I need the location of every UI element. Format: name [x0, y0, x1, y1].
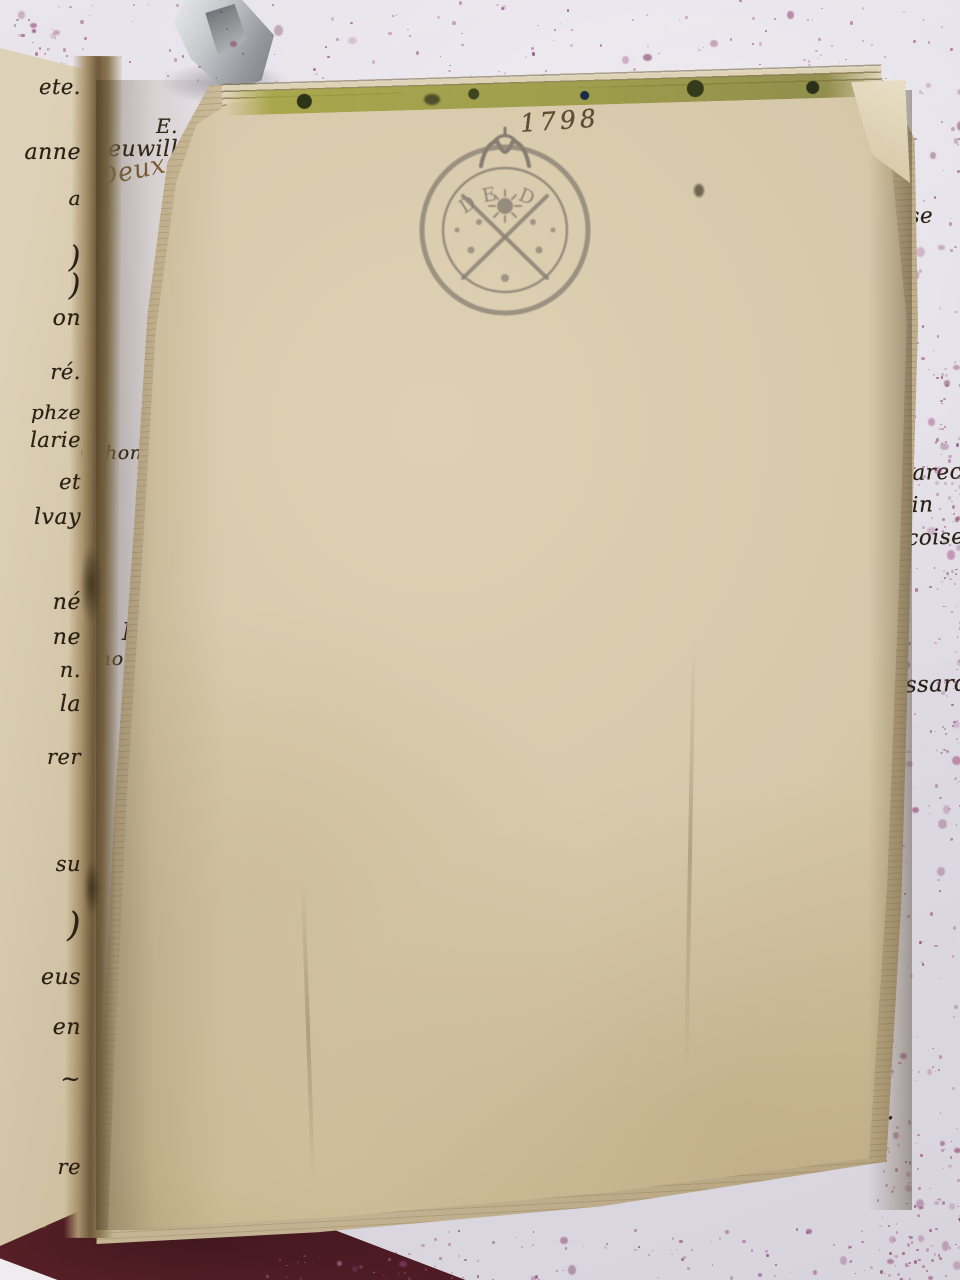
ink-blot	[694, 184, 704, 197]
speckle	[560, 1237, 567, 1244]
speckle	[807, 19, 808, 21]
speckle	[905, 1161, 907, 1163]
speckle	[950, 838, 953, 841]
speckle	[941, 26, 943, 28]
speckle	[954, 779, 956, 780]
speckle	[929, 1188, 930, 1190]
speckle	[953, 721, 960, 728]
speckle	[820, 54, 822, 56]
speckle	[942, 1149, 944, 1151]
speckle	[28, 19, 30, 21]
speckle	[646, 14, 648, 17]
speckle	[501, 7, 504, 10]
speckle	[730, 1276, 733, 1280]
speckle	[938, 1069, 939, 1071]
speckle	[92, 5, 93, 6]
speckle	[861, 1230, 863, 1232]
speckle	[50, 33, 56, 39]
speckle	[923, 200, 925, 202]
speckle	[947, 550, 955, 560]
speckle	[767, 1255, 769, 1257]
speckle	[902, 1252, 905, 1255]
speckle	[703, 47, 704, 48]
speckle	[685, 16, 688, 19]
speckle	[907, 915, 910, 918]
speckle	[951, 1141, 953, 1142]
speckle	[912, 1070, 913, 1071]
speckle	[920, 1154, 923, 1157]
speckle	[908, 1265, 910, 1268]
speckle	[910, 974, 913, 977]
speckle	[938, 819, 947, 829]
speckle	[956, 606, 957, 607]
speckle	[679, 1240, 682, 1243]
speckle	[461, 44, 463, 46]
speckle	[950, 218, 951, 219]
speckle	[600, 44, 603, 47]
speckle	[946, 572, 949, 575]
speckle	[941, 428, 944, 430]
speckle	[521, 1246, 523, 1248]
speckle	[758, 1273, 761, 1277]
speckle	[884, 56, 886, 58]
speckle	[906, 1203, 908, 1205]
speckle	[462, 1277, 463, 1278]
speckle	[883, 1170, 886, 1173]
left-page-fragment: ré.	[50, 360, 81, 384]
speckle	[918, 1259, 921, 1261]
speckle	[950, 1156, 952, 1159]
speckle	[545, 70, 548, 72]
speckle	[934, 642, 936, 645]
speckle	[897, 1273, 900, 1277]
speckle	[949, 223, 951, 225]
speckle	[952, 505, 955, 509]
left-page-fragment: su	[56, 852, 81, 876]
speckle	[634, 1229, 637, 1232]
metal-weight-face	[205, 4, 247, 55]
left-page-fragment: n.	[60, 658, 81, 682]
speckle	[942, 1201, 945, 1205]
speckle	[848, 1245, 849, 1246]
speckle	[907, 967, 909, 968]
speckle	[565, 1247, 568, 1250]
speckle	[957, 297, 958, 298]
speckle	[532, 1244, 534, 1246]
speckle	[955, 569, 957, 571]
speckle	[672, 1237, 675, 1240]
speckle	[952, 521, 953, 523]
speckle	[775, 1264, 777, 1266]
speckle	[725, 1230, 729, 1234]
speckle	[18, 34, 21, 36]
speckle	[926, 83, 931, 89]
speckle	[932, 1066, 934, 1069]
speckle	[928, 369, 930, 371]
speckle	[938, 638, 941, 640]
speckle	[752, 17, 755, 20]
speckle	[862, 40, 864, 42]
speckle	[182, 55, 184, 57]
left-page-fragment: et	[59, 470, 81, 494]
speckle	[928, 1276, 933, 1280]
left-page-fragment: anne	[25, 140, 81, 165]
speckle	[439, 1257, 442, 1261]
speckle	[751, 1249, 753, 1252]
speckle	[942, 726, 944, 728]
speckle	[937, 879, 940, 881]
left-page-text-fragments: ete.annea))onré.phzelarieetlvaynénen.lar…	[0, 48, 86, 1246]
speckle	[887, 1259, 893, 1264]
speckle	[562, 1270, 565, 1272]
speckle	[947, 575, 949, 577]
speckle	[871, 44, 873, 46]
speckle	[421, 1244, 424, 1247]
speckle	[941, 1149, 944, 1152]
speckle	[953, 1207, 954, 1209]
speckle	[895, 1168, 898, 1172]
speckle	[931, 1259, 934, 1262]
speckle	[606, 1243, 608, 1245]
speckle	[833, 1244, 835, 1246]
speckle	[916, 1249, 918, 1251]
speckle	[941, 581, 943, 583]
speckle	[914, 1080, 915, 1081]
speckle	[652, 1250, 653, 1251]
left-page-fragment: larie	[30, 428, 81, 452]
speckle	[929, 1229, 932, 1232]
speckle	[955, 1147, 956, 1148]
speckle	[953, 1016, 954, 1017]
left-page-fragment: rer	[47, 745, 81, 769]
speckle	[919, 269, 922, 273]
speckle	[930, 912, 933, 915]
speckle	[884, 1273, 886, 1274]
speckle	[452, 21, 455, 25]
speckle	[478, 6, 479, 7]
speckle	[719, 1237, 721, 1240]
speckle	[941, 121, 943, 123]
speckle	[683, 1256, 686, 1259]
speckle	[464, 1259, 467, 1261]
speckle	[553, 40, 554, 42]
speckle	[742, 1240, 745, 1244]
speckle	[944, 728, 946, 729]
speckle	[934, 567, 935, 568]
speckle	[943, 805, 950, 814]
speckle	[691, 1249, 693, 1251]
speckle	[535, 1275, 538, 1279]
speckle	[891, 1190, 894, 1194]
ink-blot	[424, 94, 440, 105]
left-page-fragment: re	[58, 1155, 81, 1179]
speckle	[806, 1232, 808, 1234]
speckle	[919, 90, 922, 94]
speckle	[604, 1246, 607, 1249]
left-page-fragment: la	[60, 692, 81, 717]
speckle	[935, 1071, 936, 1073]
speckle	[930, 1245, 933, 1248]
speckle	[893, 1239, 895, 1241]
speckle	[958, 138, 959, 140]
speckle	[327, 56, 330, 58]
speckle	[176, 4, 178, 6]
left-page-fragment: eus	[41, 965, 81, 990]
speckle	[942, 1241, 950, 1251]
speckle	[937, 335, 939, 337]
speckle	[913, 788, 915, 790]
speckle	[16, 19, 19, 22]
speckle	[839, 62, 840, 63]
speckle	[934, 945, 937, 948]
speckle	[943, 398, 946, 400]
speckle	[954, 1148, 960, 1154]
speckle	[950, 48, 953, 51]
speckle	[956, 720, 958, 722]
speckle	[879, 1225, 882, 1228]
speckle	[133, 4, 135, 5]
speckle	[632, 19, 634, 21]
speckle	[813, 1270, 818, 1275]
speckle	[350, 22, 353, 24]
speckle	[849, 1246, 851, 1248]
speckle	[52, 29, 53, 30]
speckle	[950, 413, 951, 414]
left-page-fragment: a	[69, 186, 81, 210]
speckle	[567, 9, 569, 12]
speckle	[908, 1120, 911, 1124]
speckle	[932, 1048, 933, 1049]
speckle	[949, 1246, 952, 1249]
speckle	[917, 1134, 920, 1137]
speckle	[880, 1270, 883, 1273]
speckle	[908, 1182, 910, 1185]
speckle	[458, 1255, 460, 1257]
speckle	[796, 1228, 798, 1231]
speckle	[739, 0, 742, 2]
speckle	[831, 45, 832, 47]
speckle	[945, 441, 947, 443]
speckle	[710, 40, 719, 48]
speckle	[647, 45, 649, 48]
speckle	[533, 1231, 534, 1233]
speckle	[918, 1071, 920, 1074]
speckle	[944, 368, 947, 370]
speckle	[939, 508, 940, 510]
speckle	[643, 54, 652, 61]
speckle	[808, 60, 810, 63]
speckle	[893, 1186, 895, 1189]
speckle	[952, 725, 954, 728]
speckle	[929, 586, 932, 588]
speckle	[730, 38, 732, 40]
speckle	[904, 893, 906, 895]
speckle	[917, 1168, 919, 1170]
margin-note: E.	[156, 114, 178, 138]
speckle	[955, 1244, 956, 1245]
speckle	[953, 926, 956, 930]
speckle	[944, 577, 946, 579]
speckle	[957, 143, 960, 146]
speckle	[939, 1198, 941, 1201]
speckle	[882, 1217, 883, 1218]
speckle	[889, 1252, 892, 1256]
speckle	[916, 247, 925, 257]
speckle	[940, 978, 941, 979]
speckle	[954, 246, 957, 248]
speckle	[554, 29, 556, 31]
left-page-fragment: phze	[31, 400, 81, 424]
speckle	[440, 56, 441, 57]
speckle	[941, 454, 942, 455]
speckle	[938, 245, 944, 250]
speckle	[920, 1207, 923, 1210]
speckle	[926, 1248, 929, 1252]
speckle	[893, 1255, 895, 1257]
speckle	[943, 1168, 944, 1169]
speckle	[941, 373, 944, 375]
speckle	[818, 38, 820, 41]
speckle	[951, 704, 953, 706]
speckle	[864, 1270, 866, 1271]
speckle	[909, 1262, 911, 1263]
speckle	[396, 14, 398, 16]
speckle	[666, 27, 667, 28]
speckle	[949, 1203, 955, 1210]
speckle	[849, 1252, 851, 1253]
speckle	[84, 37, 87, 40]
speckle	[941, 376, 943, 379]
speckle	[676, 1249, 677, 1250]
speckle	[922, 93, 923, 94]
speckle	[927, 1069, 932, 1076]
speckle	[955, 517, 960, 521]
speckle	[950, 249, 953, 252]
speckle	[943, 606, 944, 607]
speckle	[928, 418, 935, 426]
speckle	[129, 61, 130, 63]
speckle	[132, 21, 133, 22]
speckle	[926, 1270, 928, 1272]
speckle	[448, 1243, 451, 1246]
speckle	[849, 1261, 851, 1263]
speckle	[18, 11, 25, 19]
speckle	[958, 1218, 960, 1221]
speckle	[879, 1249, 880, 1251]
speckle	[906, 1172, 911, 1176]
speckle	[953, 1261, 960, 1271]
speckle	[32, 42, 34, 43]
speckle	[940, 443, 949, 450]
speckle	[939, 797, 942, 800]
speckle	[855, 1273, 857, 1274]
speckle	[897, 1143, 900, 1147]
speckle	[907, 1243, 910, 1247]
speckle	[892, 1075, 894, 1076]
speckle	[954, 583, 957, 585]
speckle	[274, 25, 282, 36]
speckle	[89, 15, 91, 16]
left-page-fragment: )	[67, 905, 81, 945]
speckle	[388, 32, 391, 35]
speckle	[658, 53, 660, 55]
speckle	[877, 1199, 880, 1202]
speckle	[787, 11, 793, 19]
speckle	[790, 1272, 791, 1273]
speckle	[944, 1149, 946, 1151]
speckle	[952, 955, 954, 958]
speckle	[912, 807, 919, 813]
speckle	[931, 517, 932, 518]
speckle	[935, 784, 938, 788]
speckle	[951, 127, 954, 131]
speckle	[915, 588, 918, 591]
speckle	[957, 636, 958, 637]
speckle	[895, 1255, 898, 1258]
speckle	[936, 377, 939, 379]
speckle	[498, 71, 499, 72]
speckle	[532, 52, 535, 55]
speckle	[448, 70, 451, 72]
speckle	[919, 1206, 922, 1209]
speckle	[939, 307, 941, 310]
speckle	[907, 751, 910, 753]
speckle	[840, 1256, 847, 1265]
speckle	[416, 51, 419, 55]
speckle	[525, 56, 527, 58]
speckle	[21, 34, 24, 37]
speckle	[634, 1249, 636, 1251]
speckle	[496, 4, 499, 6]
speckle	[956, 738, 958, 740]
speckle	[53, 30, 60, 36]
speckle	[325, 46, 327, 48]
speckle	[937, 1199, 939, 1201]
speckle	[850, 21, 853, 25]
speckle	[922, 993, 923, 994]
speckle	[765, 1250, 768, 1253]
speckle	[648, 1254, 650, 1256]
speckle	[938, 428, 941, 430]
speckle	[434, 1265, 436, 1267]
left-page-fragment: né	[53, 590, 81, 615]
speckle	[939, 890, 941, 892]
speckle	[944, 380, 950, 386]
photo-of-parish-register: DE D 1798 E.euwillonDeux ∬B.sonthonnore.…	[0, 0, 960, 1280]
speckle	[903, 12, 905, 14]
speckle	[148, 4, 149, 5]
speckle	[941, 442, 944, 444]
speckle	[957, 1206, 959, 1207]
speckle	[638, 1246, 640, 1248]
speckle	[943, 170, 945, 171]
left-page-fragment: on	[53, 306, 81, 331]
speckle	[14, 24, 16, 26]
speckle	[905, 1185, 912, 1192]
speckle	[477, 1260, 479, 1262]
speckle	[888, 1151, 890, 1153]
speckle	[765, 30, 767, 33]
speckle	[69, 6, 71, 8]
speckle	[443, 1262, 444, 1264]
speckle	[905, 862, 907, 864]
speckle	[930, 152, 936, 159]
speckle	[850, 1260, 853, 1262]
speckle	[537, 25, 538, 26]
speckle	[896, 1223, 897, 1224]
speckle	[936, 438, 939, 442]
speckle	[174, 58, 177, 62]
